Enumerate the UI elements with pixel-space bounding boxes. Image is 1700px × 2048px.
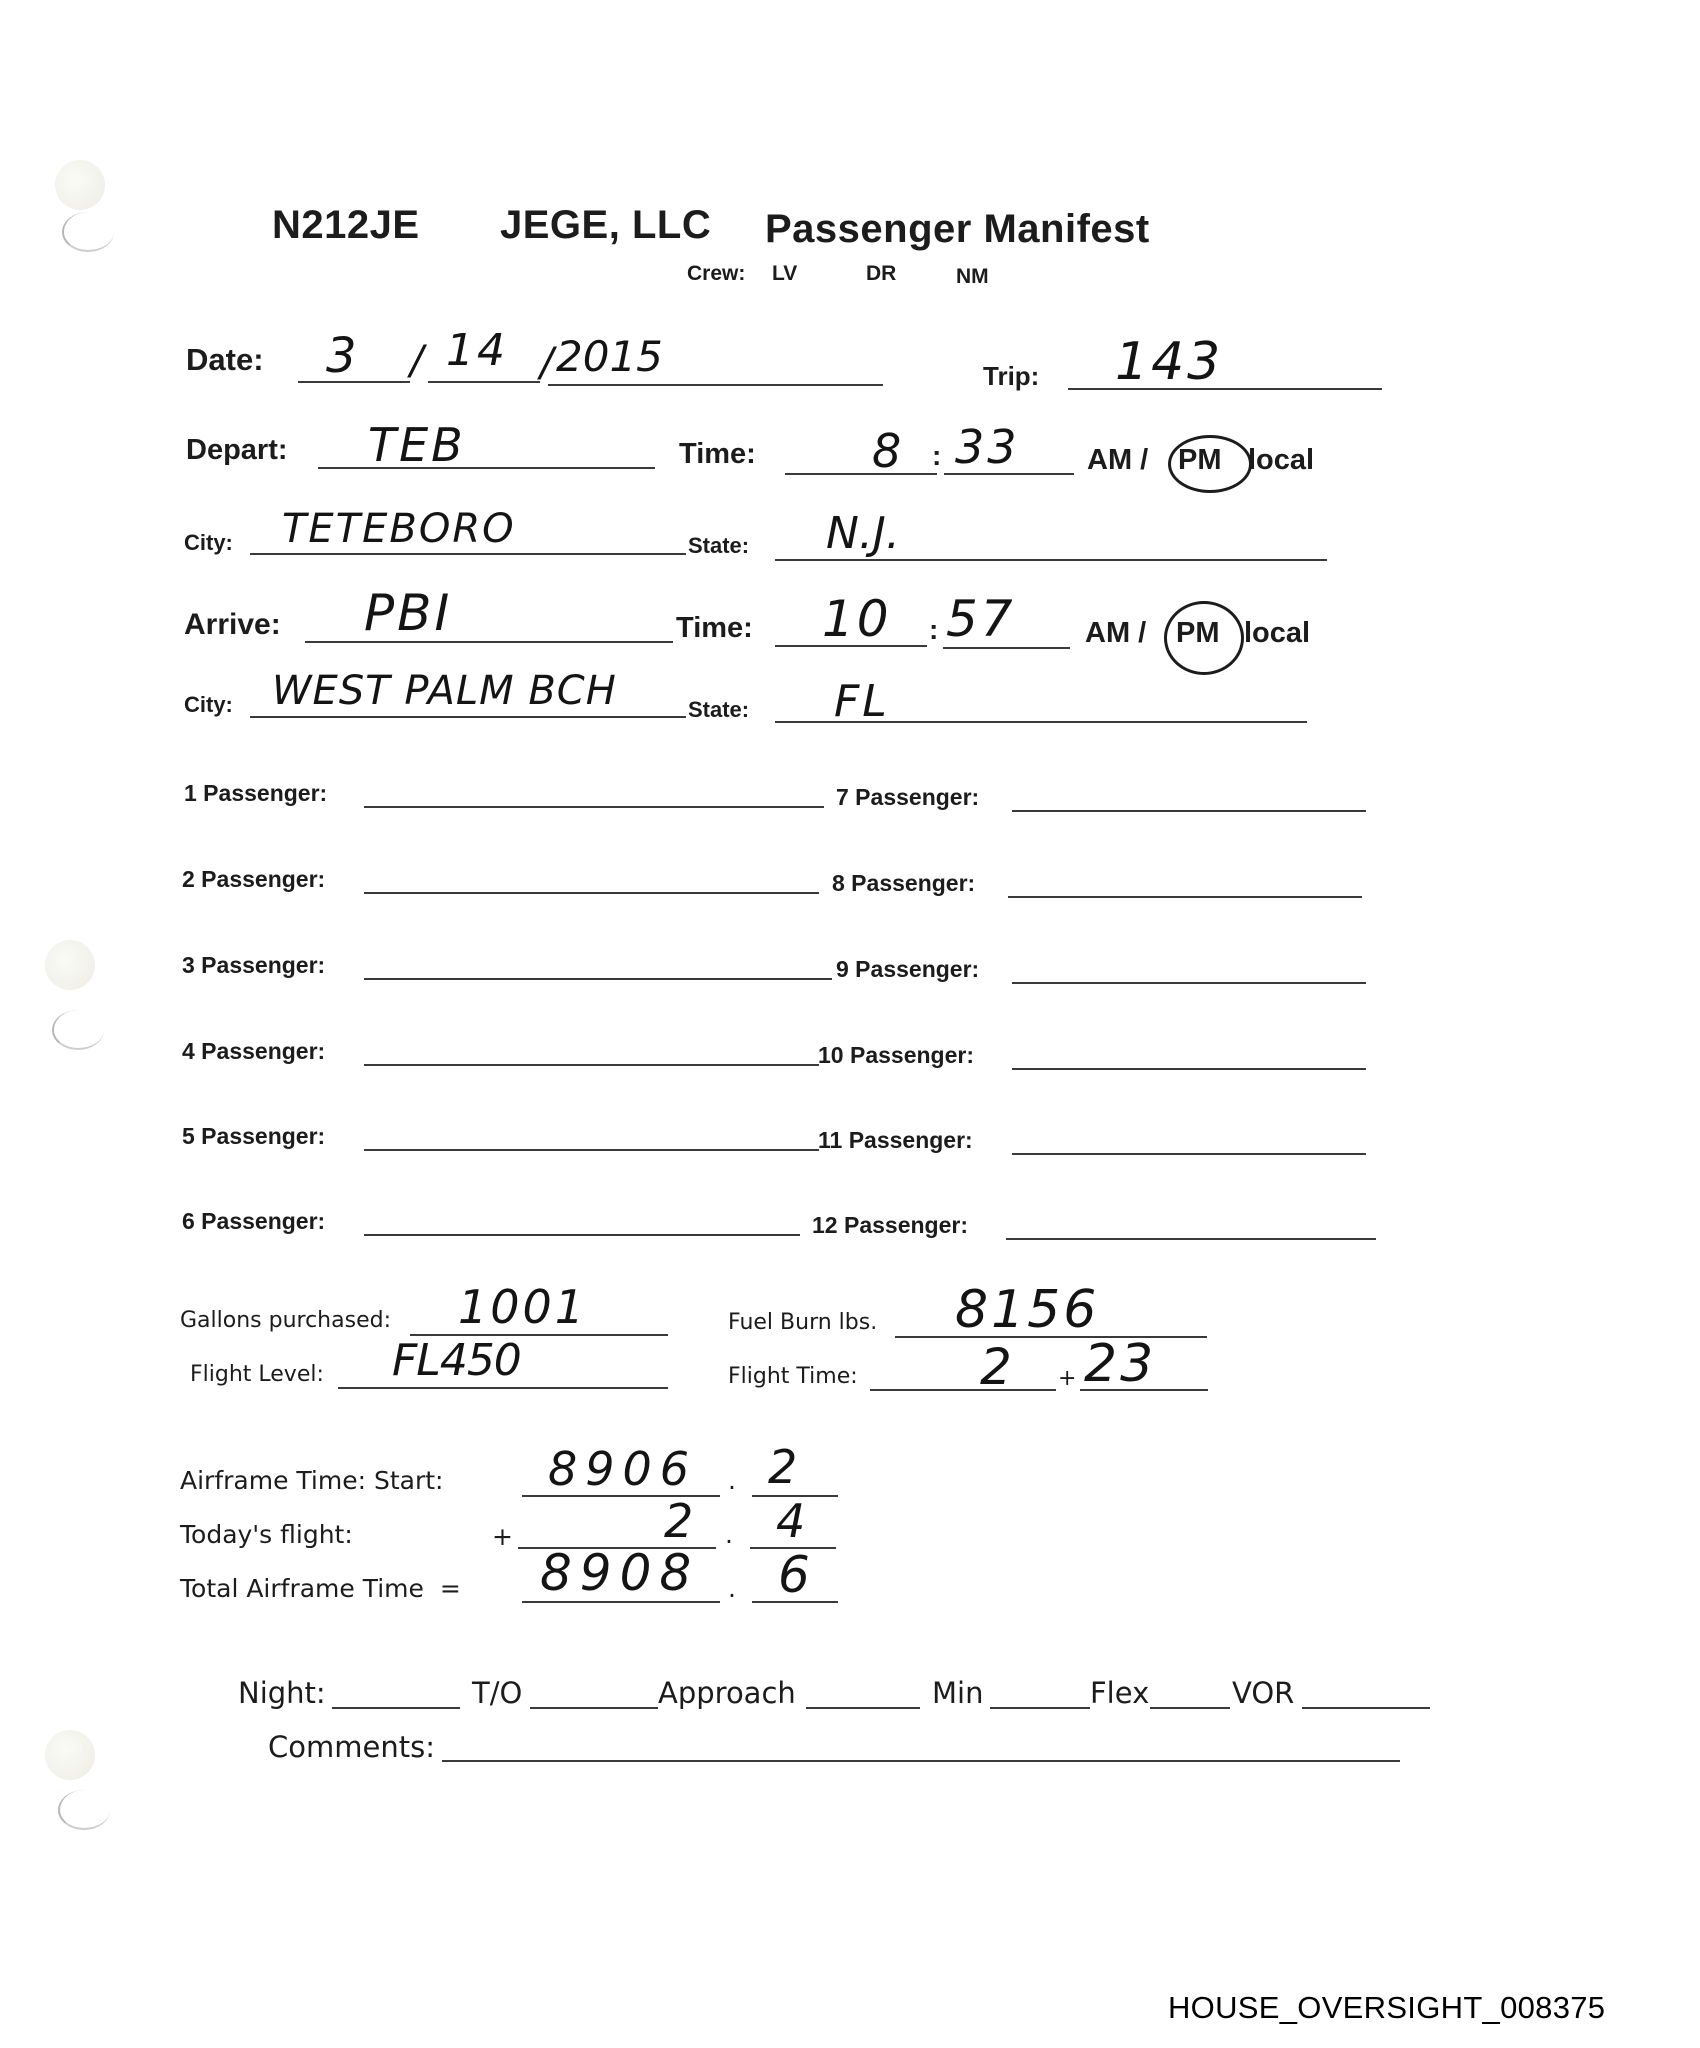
- binder-hole-bottom: [45, 1730, 95, 1780]
- tail-number: N212JE: [272, 203, 420, 248]
- depart-time-hour-field[interactable]: 8: [872, 424, 904, 478]
- depart-label: Depart:: [186, 434, 288, 467]
- passenger-7-field[interactable]: [1012, 810, 1366, 812]
- date-year-field[interactable]: 2015: [556, 332, 663, 381]
- flight-time-label: Flight Time:: [728, 1364, 858, 1389]
- date-separator: /: [540, 340, 556, 386]
- depart-state-label: State:: [688, 533, 749, 559]
- total-airframe-label: Total Airframe Time =: [180, 1574, 461, 1603]
- passenger-4-field[interactable]: [364, 1064, 819, 1066]
- min-field[interactable]: [990, 1707, 1090, 1709]
- flex-field[interactable]: [1150, 1707, 1230, 1709]
- bates-number: HOUSE_OVERSIGHT_008375: [1168, 1990, 1605, 2026]
- date-separator: /: [410, 338, 426, 384]
- min-label: Min: [932, 1676, 983, 1710]
- comments-label: Comments:: [268, 1730, 435, 1764]
- depart-airport-field[interactable]: TEB: [368, 418, 466, 472]
- arrive-airport-field[interactable]: PBI: [364, 584, 452, 642]
- passenger-12-label: 12 Passenger:: [812, 1212, 968, 1239]
- approach-field[interactable]: [806, 1707, 920, 1709]
- decimal-point: .: [728, 1466, 736, 1495]
- passenger-8-field[interactable]: [1008, 896, 1362, 898]
- passenger-9-label: 9 Passenger:: [836, 956, 979, 983]
- todays-flight-tenth-field[interactable]: 4: [776, 1494, 808, 1548]
- flight-time-hours-field[interactable]: 2: [980, 1338, 1015, 1396]
- local-label: local: [1248, 444, 1314, 477]
- takeoff-label: T/O: [472, 1676, 522, 1710]
- gallons-purchased-field[interactable]: 1001: [458, 1280, 587, 1334]
- depart-city-label: City:: [184, 530, 233, 556]
- airframe-start-whole-field[interactable]: 8906: [548, 1442, 697, 1496]
- airframe-start-label: Airframe Time: Start:: [180, 1466, 443, 1495]
- vor-label: VOR: [1232, 1676, 1294, 1710]
- takeoff-field[interactable]: [530, 1707, 658, 1709]
- depart-state-field[interactable]: N.J.: [826, 508, 900, 559]
- binder-hole-shadow: [62, 212, 114, 252]
- total-airframe-whole-field[interactable]: 8908: [540, 1544, 699, 1602]
- time-colon: :: [932, 440, 941, 472]
- arrive-state-field[interactable]: FL: [834, 676, 890, 727]
- passenger-10-label: 10 Passenger:: [818, 1042, 974, 1069]
- trip-label: Trip:: [983, 361, 1039, 392]
- binder-hole-middle: [45, 940, 95, 990]
- todays-flight-whole-field[interactable]: 2: [664, 1494, 696, 1548]
- fuel-burn-field[interactable]: 8156: [955, 1280, 1099, 1340]
- passenger-1-label: 1 Passenger:: [184, 780, 327, 807]
- passenger-3-field[interactable]: [364, 978, 832, 980]
- arrive-time-label: Time:: [676, 612, 753, 645]
- passenger-7-label: 7 Passenger:: [836, 784, 979, 811]
- time-colon: :: [929, 614, 938, 646]
- passenger-11-label: 11 Passenger:: [818, 1127, 973, 1154]
- crew-member: DR: [866, 262, 896, 286]
- local-label: local: [1244, 617, 1310, 650]
- arrive-label: Arrive:: [184, 608, 281, 642]
- binder-hole-shadow: [58, 1790, 110, 1830]
- night-field[interactable]: [332, 1707, 460, 1709]
- passenger-2-label: 2 Passenger:: [182, 866, 325, 893]
- passenger-2-field[interactable]: [364, 892, 819, 894]
- passenger-6-label: 6 Passenger:: [182, 1208, 325, 1235]
- depart-time-minute-field[interactable]: 33: [955, 420, 1020, 474]
- pm-selected-circle: [1168, 435, 1252, 493]
- todays-flight-label: Today's flight:: [180, 1520, 353, 1549]
- passenger-8-label: 8 Passenger:: [832, 870, 975, 897]
- passenger-3-label: 3 Passenger:: [182, 952, 325, 979]
- flight-level-label: Flight Level:: [190, 1362, 324, 1387]
- arrive-time-minute-field[interactable]: 57: [946, 590, 1016, 648]
- trip-number-field[interactable]: 143: [1115, 332, 1223, 392]
- gallons-purchased-label: Gallons purchased:: [180, 1308, 391, 1333]
- flight-time-minutes-field[interactable]: 23: [1084, 1334, 1156, 1394]
- passenger-12-field[interactable]: [1006, 1238, 1376, 1240]
- passenger-11-field[interactable]: [1012, 1153, 1366, 1155]
- arrive-city-label: City:: [184, 692, 233, 718]
- depart-city-field[interactable]: TETEBORO: [282, 506, 516, 552]
- flight-time-plus: +: [1058, 1366, 1076, 1391]
- passenger-1-field[interactable]: [364, 806, 824, 808]
- flex-label: Flex: [1090, 1676, 1149, 1710]
- arrive-time-hour-field[interactable]: 10: [822, 590, 892, 648]
- passenger-9-field[interactable]: [1012, 982, 1366, 984]
- date-label: Date:: [186, 342, 264, 378]
- passenger-5-field[interactable]: [364, 1149, 819, 1151]
- depart-time-label: Time:: [679, 438, 756, 471]
- arrive-am-option[interactable]: AM /: [1085, 617, 1146, 650]
- crew-member: LV: [772, 262, 797, 286]
- pm-selected-circle: [1164, 601, 1244, 675]
- form-title: Passenger Manifest: [765, 207, 1150, 252]
- passenger-5-label: 5 Passenger:: [182, 1123, 325, 1150]
- total-airframe-tenth-field[interactable]: 6: [778, 1546, 813, 1604]
- binder-hole-top: [55, 160, 105, 210]
- passenger-4-label: 4 Passenger:: [182, 1038, 325, 1065]
- passenger-10-field[interactable]: [1012, 1068, 1366, 1070]
- company-name: JEGE, LLC: [500, 203, 711, 248]
- decimal-point: .: [728, 1574, 736, 1603]
- depart-am-option[interactable]: AM /: [1087, 444, 1148, 477]
- date-month-field[interactable]: 3: [326, 328, 360, 384]
- arrive-city-field[interactable]: WEST PALM BCH: [272, 668, 617, 714]
- vor-field[interactable]: [1302, 1707, 1430, 1709]
- decimal-point: .: [725, 1520, 733, 1549]
- binder-hole-shadow: [52, 1010, 104, 1050]
- comments-field[interactable]: [442, 1760, 1400, 1762]
- night-label: Night:: [238, 1676, 326, 1710]
- crew-label: Crew:: [687, 262, 745, 286]
- approach-label: Approach: [658, 1676, 796, 1710]
- flight-level-field[interactable]: FL450: [392, 1335, 521, 1386]
- passenger-6-field[interactable]: [364, 1234, 800, 1236]
- arrive-state-label: State:: [688, 697, 749, 723]
- date-day-field[interactable]: 14: [446, 325, 508, 376]
- crew-member: NM: [956, 265, 989, 289]
- todays-flight-plus: +: [492, 1522, 513, 1551]
- fuel-burn-label: Fuel Burn lbs.: [728, 1310, 877, 1335]
- airframe-start-tenth-field[interactable]: 2: [768, 1440, 800, 1494]
